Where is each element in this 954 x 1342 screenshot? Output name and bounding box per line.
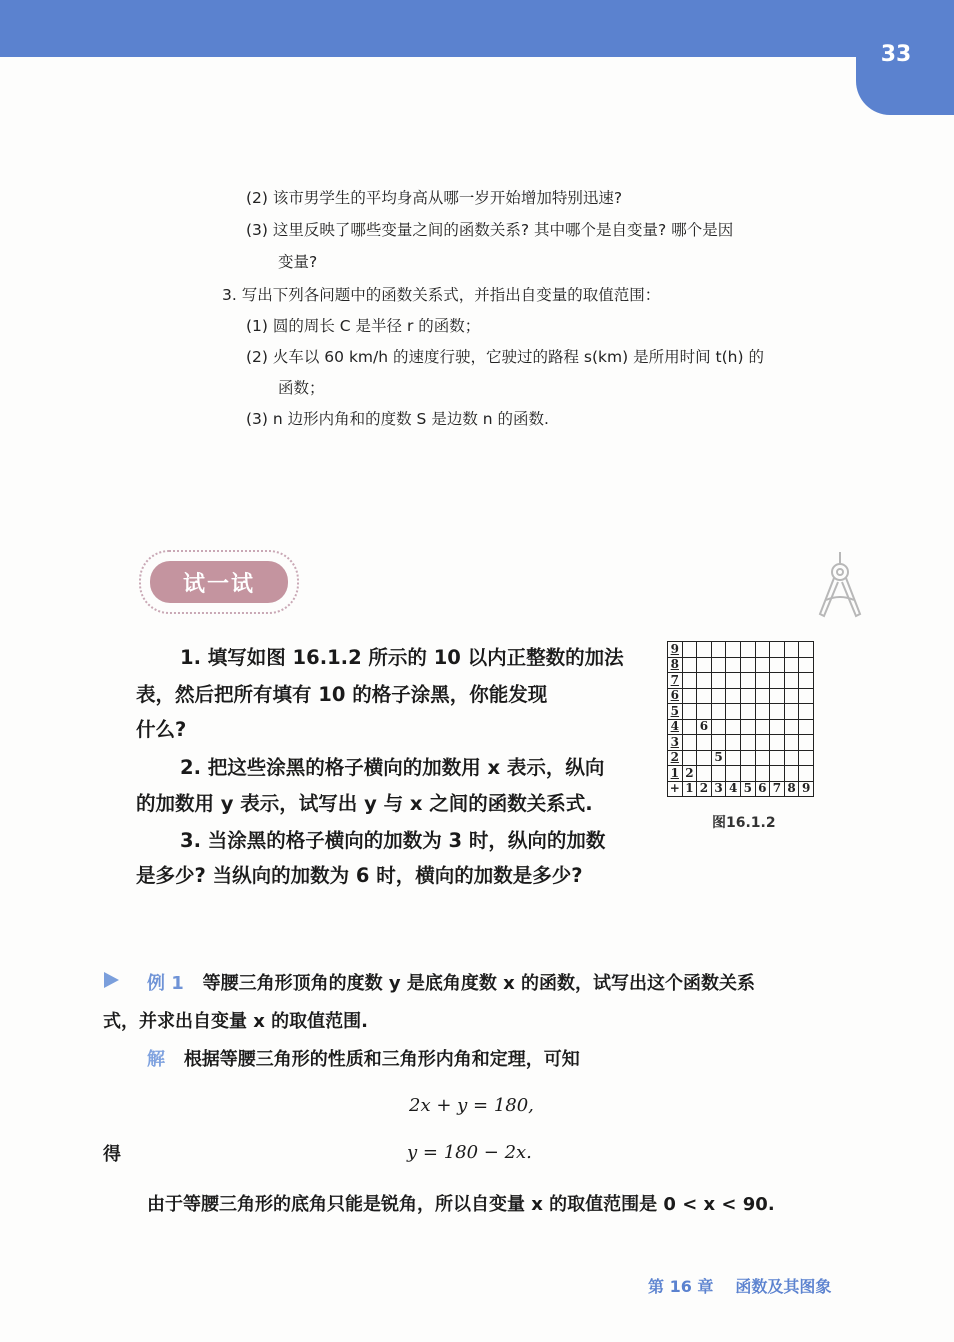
try-it-q1-line1: 1. 填写如图 16.1.2 所示的 10 以内正整数的加法 xyxy=(180,642,624,670)
exercise-2-item-2: (2) 该市男学生的平均身高从哪一岁开始增加特别迅速? xyxy=(246,186,622,208)
col-header: 1 xyxy=(682,781,697,797)
equation-2: y = 180 − 2x. xyxy=(407,1142,532,1163)
row-header: 4 xyxy=(668,719,683,735)
example-1-line1: 例 1 等腰三角形顶角的度数 y 是底角度数 x 的函数，试写出这个函数关系 xyxy=(147,969,755,995)
table-cell: 5 xyxy=(711,750,726,766)
row-header: 3 xyxy=(668,735,683,751)
table-header-row: + 1 2 3 4 5 6 7 8 9 xyxy=(668,781,814,797)
try-it-badge: 试一试 xyxy=(139,550,299,614)
table-row: 46 xyxy=(668,719,814,735)
chapter-title: 函数及其图象 xyxy=(735,1277,831,1296)
table-row: 7 xyxy=(668,673,814,689)
exercise-3-title: 3. 写出下列各问题中的函数关系式，并指出自变量的取值范围： xyxy=(222,283,660,305)
conclusion: 由于等腰三角形的底角只能是锐角，所以自变量 x 的取值范围是 0 < x < 9… xyxy=(147,1190,775,1216)
row-header: 7 xyxy=(668,673,683,689)
corner-plus: + xyxy=(668,781,683,797)
chapter-footer: 第 16 章函数及其图象 xyxy=(648,1274,853,1297)
col-header: 7 xyxy=(770,781,785,797)
col-header: 9 xyxy=(799,781,814,797)
col-header: 5 xyxy=(740,781,755,797)
addition-table: 9 8 7 6 5 46 3 25 12 + 1 2 3 4 5 6 7 8 9 xyxy=(667,641,814,797)
table-row: 25 xyxy=(668,750,814,766)
table-cell: 2 xyxy=(682,766,697,782)
try-it-q1-line2: 表，然后把所有填有 10 的格子涂黑，你能发现 xyxy=(136,679,547,707)
page-number: 33 xyxy=(872,42,920,67)
equation-1: 2x + y = 180, xyxy=(409,1095,534,1116)
triangle-right-icon xyxy=(104,972,119,988)
try-it-label: 试一试 xyxy=(150,561,288,603)
table-row: 8 xyxy=(668,657,814,673)
try-it-q3-line1: 3. 当涂黑的格子横向的加数为 3 时，纵向的加数 xyxy=(180,825,605,853)
table-row: 9 xyxy=(668,642,814,658)
exercise-2-item-3-cont: 变量? xyxy=(278,250,317,272)
example-label: 例 1 xyxy=(147,973,184,994)
row-header: 2 xyxy=(668,750,683,766)
example-text: 等腰三角形顶角的度数 y 是底角度数 x 的函数，试写出这个函数关系 xyxy=(203,973,755,994)
table-row: 6 xyxy=(668,688,814,704)
col-header: 6 xyxy=(755,781,770,797)
col-header: 3 xyxy=(711,781,726,797)
row-header: 8 xyxy=(668,657,683,673)
table-row: 3 xyxy=(668,735,814,751)
chapter-number: 第 16 章 xyxy=(648,1277,713,1296)
compass-icon xyxy=(812,548,868,624)
header-band xyxy=(0,0,954,57)
col-header: 8 xyxy=(784,781,799,797)
table-row: 12 xyxy=(668,766,814,782)
try-it-q1-line3: 什么? xyxy=(136,714,186,742)
table-row: 5 xyxy=(668,704,814,720)
try-it-q2-line1: 2. 把这些涂黑的格子横向的加数用 x 表示，纵向 xyxy=(180,752,604,780)
row-header: 6 xyxy=(668,688,683,704)
col-header: 2 xyxy=(697,781,712,797)
try-it-q3-line2: 是多少? 当纵向的加数为 6 时，横向的加数是多少? xyxy=(136,860,583,888)
row-header: 9 xyxy=(668,642,683,658)
try-it-q2-line2: 的加数用 y 表示，试写出 y 与 x 之间的函数关系式. xyxy=(136,788,593,816)
exercise-3-item-3: (3) n 边形内角和的度数 S 是边数 n 的函数. xyxy=(246,407,549,429)
figure-caption: 图16.1.2 xyxy=(712,812,776,832)
solution-intro: 根据等腰三角形的性质和三角形内角和定理，可知 xyxy=(184,1049,580,1070)
exercise-2-item-3: (3) 这里反映了哪些变量之间的函数关系? 其中哪个是自变量? 哪个是因 xyxy=(246,218,733,240)
exercise-3-item-2-cont: 函数； xyxy=(278,376,325,398)
get-label: 得 xyxy=(103,1140,121,1166)
col-header: 4 xyxy=(726,781,741,797)
solution-label: 解 xyxy=(147,1049,165,1070)
exercise-3-item-2: (2) 火车以 60 km/h 的速度行驶，它驶过的路程 s(km) 是所用时间… xyxy=(246,345,764,367)
exercise-3-item-1: (1) 圆的周长 C 是半径 r 的函数； xyxy=(246,314,480,336)
table-cell: 6 xyxy=(697,719,712,735)
addition-table-figure: 9 8 7 6 5 46 3 25 12 + 1 2 3 4 5 6 7 8 9 xyxy=(667,641,814,797)
row-header: 1 xyxy=(668,766,683,782)
row-header: 5 xyxy=(668,704,683,720)
example-1-line2: 式，并求出自变量 x 的取值范围. xyxy=(103,1007,368,1033)
solution-line: 解 根据等腰三角形的性质和三角形内角和定理，可知 xyxy=(147,1045,580,1071)
